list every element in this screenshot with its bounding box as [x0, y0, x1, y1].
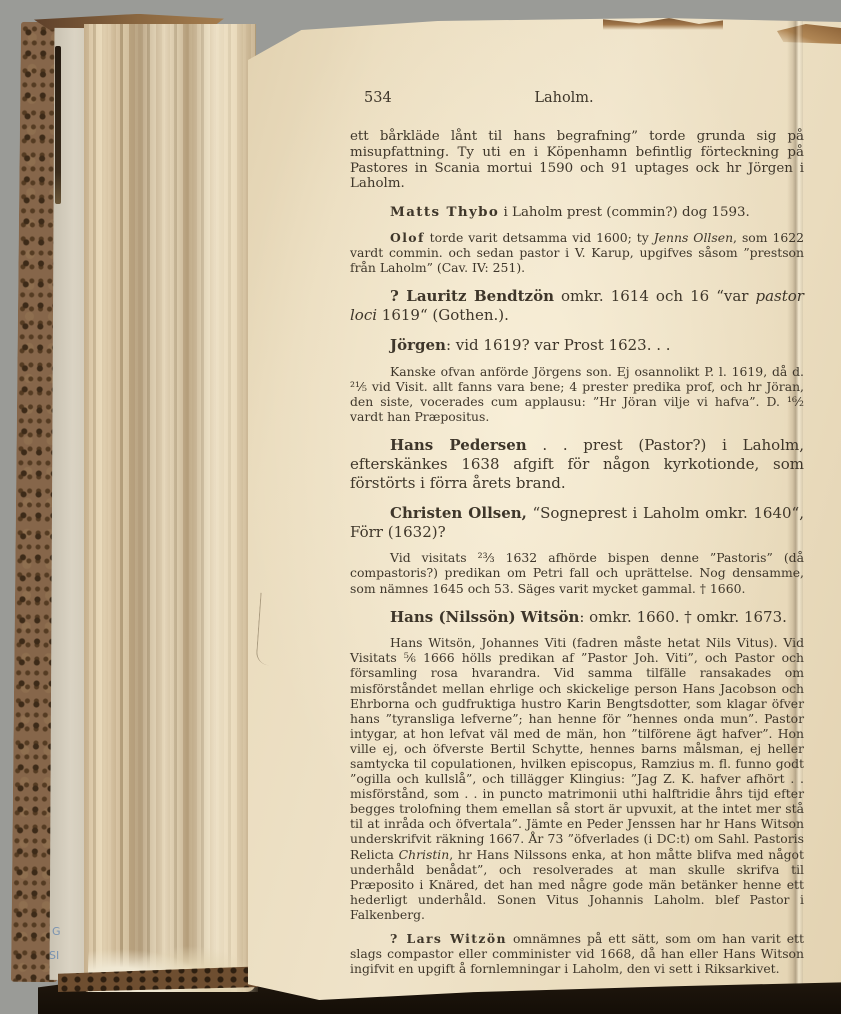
next-page-edge	[803, 18, 841, 1000]
spine-gap-shadow	[55, 46, 61, 204]
entry-name: Jörgen	[390, 336, 446, 354]
entry-name: Hans (Nilssön) Witsön	[390, 608, 579, 626]
text-segment: ett bårkläde lånt til hans begrafning” t…	[350, 129, 804, 191]
paragraph: Jörgen: vid 1619? var Prost 1623. . .	[350, 336, 804, 355]
entry-name: Matts Thybo	[390, 204, 499, 220]
page-edges-stack	[84, 24, 256, 992]
paragraph: Hans Pedersen . . prest (Pastor?) i Laho…	[350, 436, 804, 492]
entry-name: Olof	[390, 230, 425, 245]
text-segment: : vid 1619? var Prost 1623. . .	[446, 336, 671, 354]
blue-ink-stamp: G	[52, 925, 61, 938]
text-segment: i Laholm prest (commin?) dog 1593.	[499, 205, 750, 220]
paragraph: Matts Thybo i Laholm prest (commin?) dog…	[350, 205, 804, 221]
text-segment: Christin	[399, 847, 450, 862]
paragraph: ett bårkläde lånt til hans begrafning” t…	[350, 129, 804, 192]
worn-edge-patch	[603, 18, 723, 30]
running-header: Laholm.	[350, 90, 778, 106]
text-segment: Hans Witsön, Johannes Viti (fadren måste…	[350, 635, 804, 861]
text-block-body: ett bårkläde lånt til hans begrafning” t…	[350, 129, 804, 976]
paragraph: ? Lars Witzön omnämnes på ett sätt, som …	[350, 931, 804, 976]
entry-name: ? Lauritz Bendtzön	[390, 287, 554, 305]
text-block: 534 Laholm. ett bårkläde lånt til hans b…	[350, 90, 804, 976]
page-header: 534 Laholm.	[350, 90, 804, 110]
text-segment: Kanske ofvan anförde Jörgens son. Ej osa…	[350, 364, 804, 424]
text-segment: 1619“ (Gothen.).	[377, 306, 509, 324]
paragraph: Christen Ollsen, “Sogneprest i Laholm om…	[350, 504, 804, 541]
text-segment: : omkr. 1660. † omkr. 1673.	[579, 608, 787, 626]
text-segment: Jenns Ollsen	[654, 230, 733, 245]
paragraph: Vid visitats ²³⁄₃ 1632 afhörde bispen de…	[350, 550, 804, 595]
scan-photo: { "colors":{ "background_gray":"#9a9b97"…	[0, 0, 841, 1014]
book-page: 534 Laholm. ett bårkläde lånt til hans b…	[248, 18, 841, 1000]
paper-crease-mark	[256, 593, 274, 666]
entry-name: ? Lars Witzön	[390, 931, 507, 946]
paragraph: Olof torde varit detsamma vid 1600; ty J…	[350, 230, 804, 275]
entry-name: Hans Pedersen	[390, 436, 527, 454]
paragraph: Hans (Nilssön) Witsön: omkr. 1660. † omk…	[350, 608, 804, 627]
text-segment: Vid visitats ²³⁄₃ 1632 afhörde bispen de…	[350, 550, 804, 595]
text-segment: omkr. 1614 och 16 “var	[554, 287, 756, 305]
blue-ink-stamp: SI	[49, 949, 59, 962]
paragraph: ? Lauritz Bendtzön omkr. 1614 och 16 “va…	[350, 287, 804, 324]
paragraph: Hans Witsön, Johannes Viti (fadren måste…	[350, 635, 804, 922]
paragraph: Kanske ofvan anförde Jörgens son. Ej osa…	[350, 364, 804, 424]
entry-name: Christen Ollsen,	[390, 504, 527, 522]
text-segment: torde varit detsamma vid 1600; ty	[425, 230, 654, 245]
